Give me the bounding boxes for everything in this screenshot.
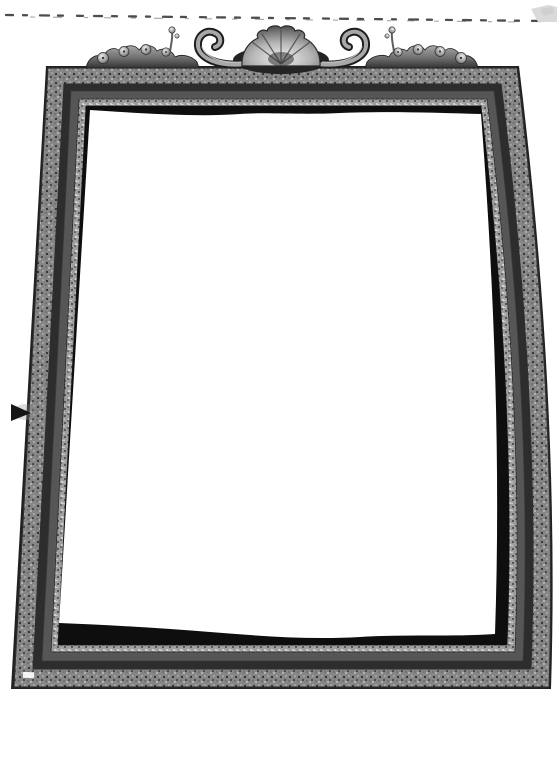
frame-aperture bbox=[59, 110, 497, 638]
bottom-left-nick bbox=[23, 672, 34, 679]
frame-photo bbox=[0, 0, 560, 768]
picture-frame bbox=[11, 66, 553, 689]
photograph bbox=[0, 0, 560, 768]
